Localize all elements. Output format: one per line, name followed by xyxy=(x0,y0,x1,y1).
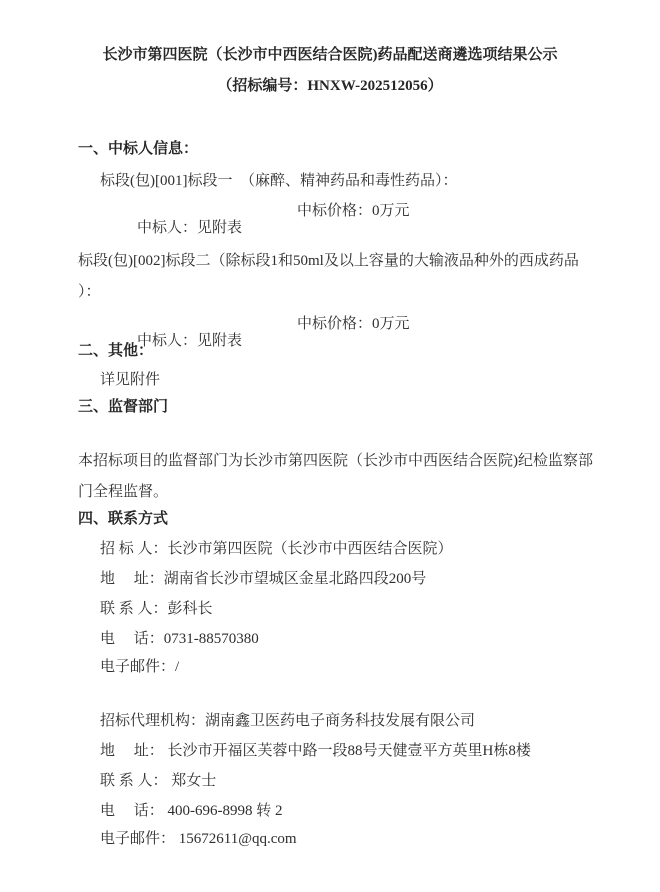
tenderer-phone-value: 0731-88570380 xyxy=(164,631,259,647)
lot-2-title-line2: ）： xyxy=(78,284,101,301)
agency-phone-label: 电 话： xyxy=(100,803,164,819)
tenderer-email-row: 电子邮件：/ xyxy=(100,659,179,676)
tenderer-contact-label: 联 系 人： xyxy=(100,601,168,617)
section-3-body-line2: 门全程监督。 xyxy=(78,484,168,501)
agency-email-row: 电子邮件： 15672611@qq.com xyxy=(100,831,297,848)
agency-phone-row: 电 话： 400-696-8998 转 2 xyxy=(100,803,283,820)
tenderer-name-label: 招 标 人： xyxy=(100,541,168,557)
lot-1-price: 中标价格：0万元 xyxy=(297,203,410,220)
tenderer-address-label: 地 址： xyxy=(100,571,164,587)
section-3-heading: 三、监督部门 xyxy=(78,399,168,416)
agency-contact-label: 联 系 人： xyxy=(100,773,168,789)
agency-phone-value: 400-696-8998 转 2 xyxy=(164,803,283,819)
agency-email-value: 15672611@qq.com xyxy=(175,831,297,847)
tenderer-name-row: 招 标 人：长沙市第四医院（长沙市中西医结合医院） xyxy=(100,541,453,558)
tenderer-address-row: 地 址：湖南省长沙市望城区金星北路四段200号 xyxy=(100,571,426,588)
agency-address-value: 长沙市开福区芙蓉中路一段88号天健壹平方英里H栋8楼 xyxy=(164,743,531,759)
lot-2-title-line1: 标段(包)[002]标段二（除标段1和50ml及以上容量的大输液品种外的西成药品 xyxy=(78,253,579,270)
agency-contact-value: 郑女士 xyxy=(168,773,217,789)
tenderer-email-value: / xyxy=(175,659,179,675)
section-1-heading: 一、中标人信息： xyxy=(78,141,198,158)
tenderer-contact-value: 彭科长 xyxy=(168,601,213,617)
lot-2-price: 中标价格：0万元 xyxy=(297,316,410,333)
agency-address-row: 地 址： 长沙市开福区芙蓉中路一段88号天健壹平方英里H栋8楼 xyxy=(100,743,531,760)
agency-address-label: 地 址： xyxy=(100,743,164,759)
tender-number: （招标编号：HNXW-202512056） xyxy=(0,78,660,95)
tenderer-contact-row: 联 系 人：彭科长 xyxy=(100,601,213,618)
tenderer-address-value: 湖南省长沙市望城区金星北路四段200号 xyxy=(164,571,427,587)
tenderer-email-label: 电子邮件： xyxy=(100,659,175,675)
tenderer-phone-row: 电 话：0731-88570380 xyxy=(100,631,259,648)
section-2-heading: 二、其他： xyxy=(78,343,153,360)
section-2-body: 详见附件 xyxy=(100,372,160,389)
agency-name-value: 湖南鑫卫医药电子商务科技发展有限公司 xyxy=(205,713,475,729)
agency-email-label: 电子邮件： xyxy=(100,831,175,847)
tenderer-name-value: 长沙市第四医院（长沙市中西医结合医院） xyxy=(168,541,453,557)
agency-contact-row: 联 系 人： 郑女士 xyxy=(100,773,216,790)
section-3-body-line1: 本招标项目的监督部门为长沙市第四医院（长沙市中西医结合医院)纪检监察部 xyxy=(78,453,593,470)
lot-1-winner: 中标人：见附表 xyxy=(137,220,242,236)
document-title: 长沙市第四医院（长沙市中西医结合医院)药品配送商遴选项结果公示 xyxy=(0,47,660,64)
lot-1-title: 标段(包)[001]标段一 （麻醉、精神药品和毒性药品）： xyxy=(100,173,457,190)
tenderer-phone-label: 电 话： xyxy=(100,631,164,647)
section-4-heading: 四、联系方式 xyxy=(78,511,168,528)
agency-name-row: 招标代理机构：湖南鑫卫医药电子商务科技发展有限公司 xyxy=(100,713,475,730)
document-page: 长沙市第四医院（长沙市中西医结合医院)药品配送商遴选项结果公示 （招标编号：HN… xyxy=(0,0,660,892)
agency-name-label: 招标代理机构： xyxy=(100,713,205,729)
